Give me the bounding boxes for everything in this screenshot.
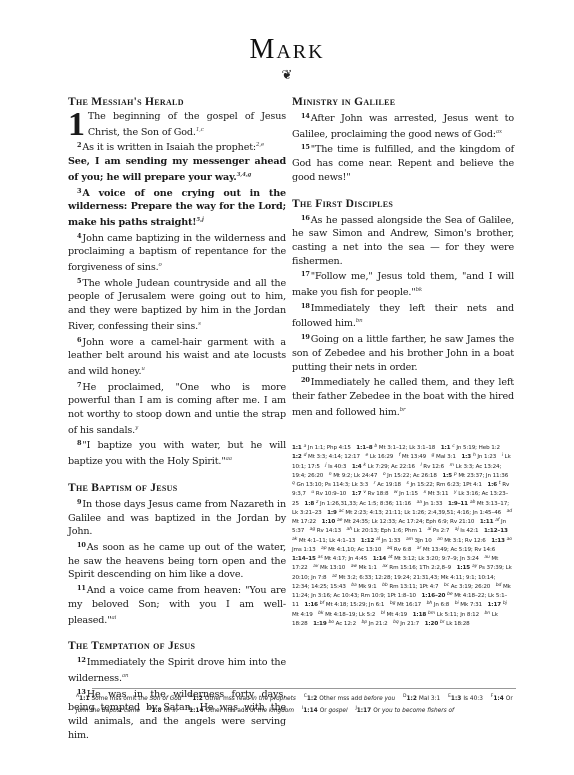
verse-20: 20Immediately he called them, and they l… xyxy=(292,374,514,419)
verse-2: 2As it is written in Isaiah the prophet:… xyxy=(68,139,286,155)
verse-11: 11And a voice came from heaven: "You are… xyxy=(68,582,286,627)
cross-reference-entry: bc Ac 3:19; 26:20 xyxy=(444,584,496,590)
verse-text: Immediately they left their nets and fol… xyxy=(292,303,514,330)
verse-10: 10As soon as he came up out of the water… xyxy=(68,539,286,582)
cross-reference-entry: q Gn 13:10; Ps 114:3; Lk 3:3 xyxy=(292,482,374,488)
footnote-marker: aa xyxy=(226,456,232,462)
footnote-marker: ax xyxy=(496,129,502,135)
cross-reference-entry: s Jn 15:22; Rm 6:23; 1Pt 4:1 xyxy=(407,482,488,488)
footnote-marker: an xyxy=(122,673,129,679)
cross-reference-entry: l Rv 12:6 xyxy=(420,464,449,470)
verse-1: 1 The beginning of the gospel of Jesus C… xyxy=(68,110,286,139)
cross-reference-entry: 1:4 k Lk 7:29; Ac 22:16 xyxy=(352,464,421,470)
verse-number: 14 xyxy=(301,112,310,120)
cross-reference-entry: 1:3 h Jn 1:23 xyxy=(461,454,501,460)
cross-reference-entry: ag Rv 14:13 xyxy=(310,528,347,534)
cross-reference-entry: 1:5 p Mt 23:37; Jn 11:36 xyxy=(442,473,513,479)
footnote-marker: bk xyxy=(416,287,423,293)
cross-reference-entry: 1:8 z Jn 1:26,31,33; Ac 1:5; 8:36; 11:16 xyxy=(304,501,416,507)
section-heading: The Baptism of Jesus xyxy=(68,482,286,494)
cross-reference-entry: bg Mt 16:17 xyxy=(390,602,427,608)
cross-reference-entry: g Mal 3:1 xyxy=(432,454,462,460)
cross-reference-entry: bb Rm 13:11; 1Pt 4:7 xyxy=(382,584,444,590)
verse-18: 18Immediately they left their nets and f… xyxy=(292,300,514,331)
verse-text: Going on a little farther, he saw James … xyxy=(292,334,514,372)
verse-text: See, I am sending my messenger ahead of … xyxy=(68,156,286,183)
cross-reference-entry: ax Rm 15:16; 1Th 2:2,8–9 xyxy=(382,565,456,571)
footnote-marker: y xyxy=(135,425,138,431)
footnote-marker: o xyxy=(159,262,162,268)
left-column: The Messiah's Herald 1 The beginning of … xyxy=(68,96,286,742)
cross-reference-entry: 1:1–8 b Mt 3:1–12; Lk 3:1–18 xyxy=(356,445,440,451)
cross-reference-entry: 1:16 bf Mt 4:18; 15:29; Jn 6:1 xyxy=(304,602,389,608)
footnote-marker: br xyxy=(400,407,406,413)
footnote-entry: B1:2 Other mss read in the prophets xyxy=(189,696,296,702)
verse-number: 18 xyxy=(301,302,310,310)
cross-reference-entry: 1:20 br Lk 18:28 xyxy=(425,621,476,627)
footnote-marker: bn xyxy=(356,318,363,324)
cross-reference-entry: ai Ps 2:7 xyxy=(427,528,454,534)
verse-number: 20 xyxy=(301,376,310,384)
verse-number: 19 xyxy=(301,333,310,341)
cross-reference-entry: ba Mk 9:1 xyxy=(351,584,382,590)
verse-17: 17"Follow me," Jesus told them, "and I w… xyxy=(292,268,514,299)
section-heading: The Messiah's Herald xyxy=(68,96,286,108)
footnote-marker: u xyxy=(141,366,144,372)
right-column: Ministry in Galilee 14After John was arr… xyxy=(292,96,514,419)
verse-text: "I baptize you with water, but he will b… xyxy=(68,440,286,467)
footnote-marker: s xyxy=(198,321,201,327)
verse-text: Immediately the Spirit drove him into th… xyxy=(68,657,286,684)
cross-reference-entry: u Rv 10:9–10 xyxy=(311,491,351,497)
verse-text: John came baptizing in the wilderness an… xyxy=(68,233,286,273)
verse-number: 12 xyxy=(77,656,86,664)
verse-number: 5 xyxy=(77,277,81,285)
cross-reference-entry: aq Rv 6:8 xyxy=(387,547,417,553)
verse-number: 11 xyxy=(77,584,86,592)
cross-reference-entry: r Ac 19:18 xyxy=(374,482,407,488)
cross-reference-entry: 1:14 at Mt 3:12; Lk 3:20; 9:7–9; Jn 3:24 xyxy=(373,556,485,562)
verse-15: 15"The time is fulfilled, and the kingdo… xyxy=(292,141,514,184)
verse-text: As he passed alongside the Sea of Galile… xyxy=(292,215,514,267)
cross-reference-entry: aw Mk 1:1 xyxy=(351,565,383,571)
cross-reference-entry: bh Jn 6:8 xyxy=(427,602,455,608)
cross-reference-entry: 1:14–15 as Mt 4:17; Jn 4:45 xyxy=(292,556,373,562)
cross-reference-entry: aa Jn 1:33 xyxy=(417,501,448,507)
cross-reference-entry: n Mt 9:2; Lk 24:47 xyxy=(329,473,383,479)
footnote-marker: ai xyxy=(111,615,116,621)
verse-text: In those days Jesus came from Nazareth i… xyxy=(68,499,286,537)
verse-number: 7 xyxy=(77,381,81,389)
cross-reference-entry: 1:1 a Jn 1:1; Php 4:15 xyxy=(292,445,356,451)
cross-reference-entry: 1:18 bm Lk 5:11; Jn 8:12 xyxy=(413,612,485,618)
verse-text: The whole Judean countryside and all the… xyxy=(68,278,286,332)
footnote-marker: 5,j xyxy=(196,217,203,223)
cross-reference-entry: f Mt 13:49 xyxy=(399,454,432,460)
cross-reference-entry: aj Is 42:1 xyxy=(455,528,484,534)
verse-7: 7He proclaimed, "One who is more powerfu… xyxy=(68,379,286,438)
footnote-marker: 1,c xyxy=(196,127,204,133)
footnote-divider xyxy=(92,688,516,689)
cross-reference-entry: 1:1 c Jn 5:19; Heb 1:2 xyxy=(441,445,506,451)
cross-reference-entry: x Mt 3:11 xyxy=(424,491,454,497)
verse-text: And a voice came from heaven: "You are m… xyxy=(68,585,286,625)
cross-reference-entry: bq Jn 21:7 xyxy=(393,621,425,627)
verse-text: The beginning of the gospel of Jesus Chr… xyxy=(88,111,286,138)
chapter-number: 1 xyxy=(68,111,85,139)
section-heading: Ministry in Galilee xyxy=(292,96,514,108)
book-title: Mark xyxy=(0,34,574,66)
footnote-entry: A1:1 Some mss omit the Son of God xyxy=(76,696,181,702)
footnote-marker: 3,4,g xyxy=(237,172,252,178)
cross-reference-entry: bl Mt 4:19 xyxy=(381,612,413,618)
verse-text: As soon as he came up out of the water, … xyxy=(68,542,286,580)
cross-reference-entry: an Mt 3:1; Rv 12:6 xyxy=(437,538,491,544)
footnote-entry: G1:8 Or in xyxy=(148,708,178,714)
cross-reference-entry: ah Lk 20:13; Eph 1:6; Phm 1 xyxy=(347,528,428,534)
verse-4: 4John came baptizing in the wilderness a… xyxy=(68,230,286,275)
verse-14: 14After John was arrested, Jesus went to… xyxy=(292,110,514,141)
verse-number: 4 xyxy=(77,232,81,240)
fleuron-ornament-icon: ❦ xyxy=(0,68,574,83)
verse-6: 6John wore a camel-hair garment with a l… xyxy=(68,334,286,379)
footnote-entry: D1:2 Mal 3:1 xyxy=(403,696,440,702)
cross-reference-entry: j Is 40:3 xyxy=(325,464,352,470)
verse-number: 9 xyxy=(77,498,81,506)
verse-16: 16As he passed alongside the Sea of Gali… xyxy=(292,212,514,269)
verse-text: After John was arrested, Jesus went to G… xyxy=(292,113,514,140)
footnote-entry: H1:14 Other mss add of the kingdom xyxy=(186,708,294,714)
footnote-entry: E1:3 Is 40:3 xyxy=(448,696,483,702)
cross-reference-entry: 1:7 v Rv 18:8 xyxy=(352,491,394,497)
cross-reference-entry: bk Mt 4:18–19; Lk 5:2 xyxy=(318,612,381,618)
verse-number: 3 xyxy=(77,187,81,195)
cross-reference-entry: bi Mk 7:31 xyxy=(455,602,488,608)
verse-text: John wore a camel-hair garment with a le… xyxy=(68,337,286,377)
cross-reference-entry: o Jn 15:22; Ac 26:18 xyxy=(383,473,443,479)
cross-reference-entry: 1:2 d Mt 3:3; 4:14; 12:17 xyxy=(292,454,365,460)
cross-references: 1:1 a Jn 1:1; Php 4:15 1:1–8 b Mt 3:1–12… xyxy=(292,443,514,628)
verse-text: "Follow me," Jesus told them, "and I wil… xyxy=(292,271,514,298)
cross-reference-entry: w Jn 1:15 xyxy=(394,491,424,497)
verse-text: He proclaimed, "One who is more powerful… xyxy=(68,382,286,436)
verse-5: 5The whole Judean countryside and all th… xyxy=(68,275,286,334)
cross-reference-entry: bp Jn 21:2 xyxy=(362,621,394,627)
verse-number: 8 xyxy=(77,439,81,447)
verse-2-quote: See, I am sending my messenger ahead of … xyxy=(68,155,286,184)
section-heading: The First Disciples xyxy=(292,198,514,210)
footnote-entry: I1:14 Or gospel xyxy=(302,708,348,714)
verse-text: A voice of one crying out in the wildern… xyxy=(68,188,286,228)
cross-reference-entry: av Mk 13:10 xyxy=(313,565,351,571)
footnote-entry: J1:17 Or you to become fishers of xyxy=(355,708,454,714)
footnote-entry: C1:2 Other mss add before you xyxy=(304,696,395,702)
cross-reference-entry: e Lk 16:29 xyxy=(365,454,398,460)
verse-9: 9In those days Jesus came from Nazareth … xyxy=(68,496,286,539)
cross-reference-entry: ap Mt 4:1,10; Ac 13:10 xyxy=(321,547,387,553)
verse-number: 17 xyxy=(301,270,310,278)
verse-3: 3A voice of one crying out in the wilder… xyxy=(68,185,286,230)
cross-reference-entry: 1:10 ae Mt 24:35; Lk 12:33; Ac 17:24; Ep… xyxy=(322,519,480,525)
verse-text: "The time is fulfilled, and the kingdom … xyxy=(292,144,514,182)
cross-reference-entry: 1:9 ac Mt 2:23; 4:13; 21:11; Lk 1:26; 2:… xyxy=(327,510,507,516)
verse-text: As it is written in Isaiah the prophet: xyxy=(82,142,256,153)
verse-number: 6 xyxy=(77,336,81,344)
footnote-marker: 2,e xyxy=(256,142,264,148)
cross-reference-entry: am 3Jn 10 xyxy=(406,538,437,544)
section-heading: The Temptation of Jesus xyxy=(68,640,286,652)
verse-number: 16 xyxy=(301,214,310,222)
verse-8: 8"I baptize you with water, but he will … xyxy=(68,437,286,468)
verse-19: 19Going on a little farther, he saw Jame… xyxy=(292,331,514,374)
verse-12: 12Immediately the Spirit drove him into … xyxy=(68,654,286,685)
cross-reference-entry: 1:19 bo Ac 12:2 xyxy=(313,621,361,627)
verse-number: 10 xyxy=(77,541,86,549)
cross-reference-entry: 1:12 al Jn 1:33 xyxy=(361,538,406,544)
footnotes: A1:1 Some mss omit the Son of God B1:2 O… xyxy=(76,692,526,716)
verse-number: 15 xyxy=(301,143,310,151)
cross-reference-entry: ar Mt 13:49; Ac 5:19; Rv 14:6 xyxy=(417,547,501,553)
